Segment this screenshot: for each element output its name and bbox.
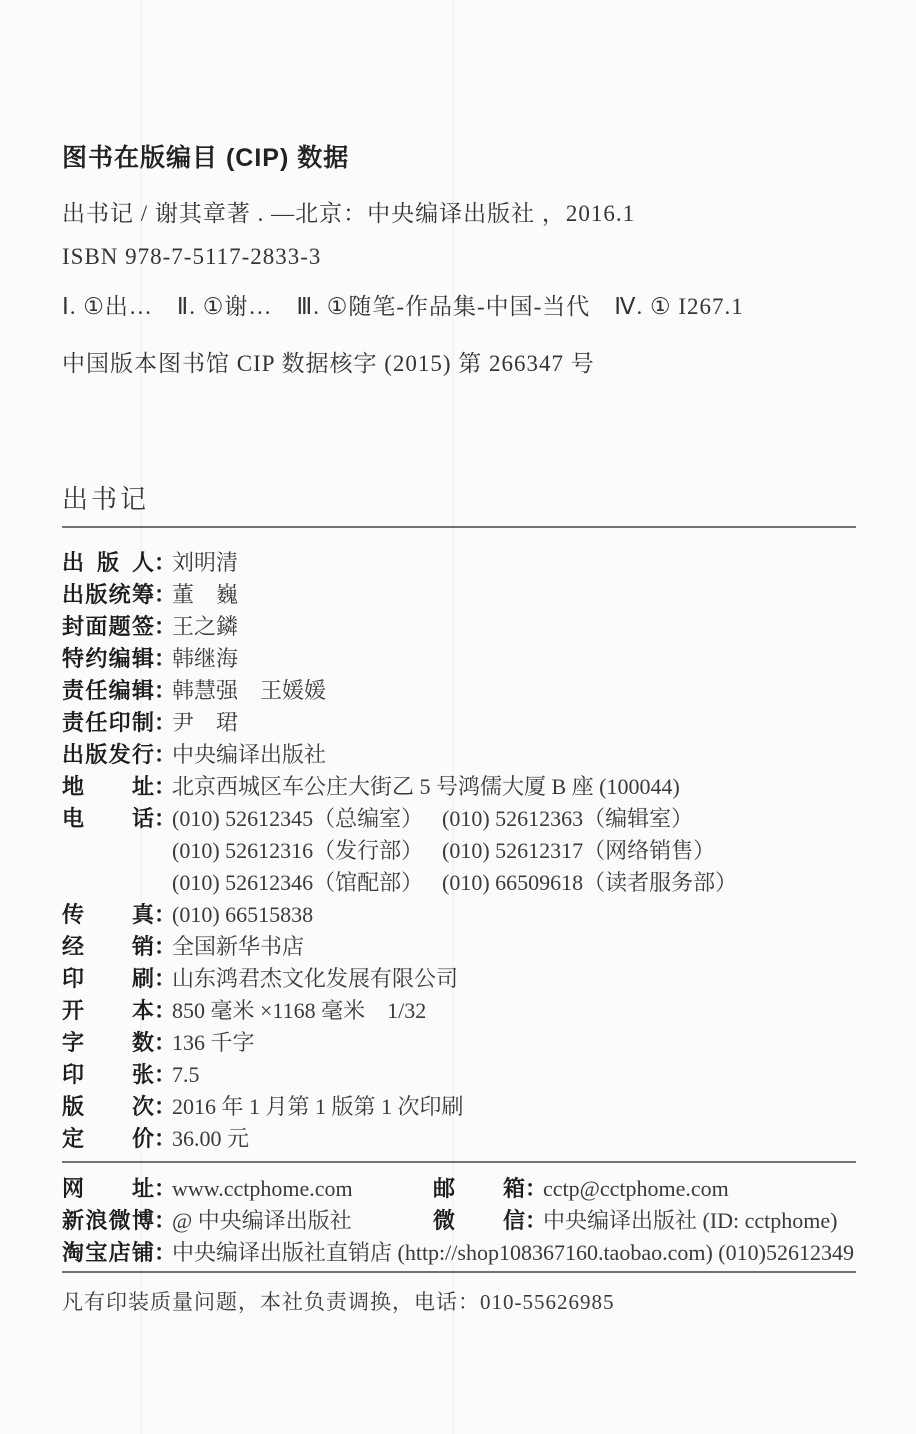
label-colon: ：: [154, 1091, 172, 1123]
field-label: 责任编辑: [62, 675, 154, 707]
wechat-value: 中央编译出版社 (ID: cctphome): [543, 1208, 838, 1233]
colophon-row-responsible-editor: 责任编辑：韩慧强 王媛媛: [62, 675, 856, 707]
colophon-row-distribution: 经销：全国新华书店: [62, 931, 856, 963]
field-label: 淘宝店铺: [62, 1237, 154, 1269]
label-colon: ：: [154, 1205, 172, 1237]
label-colon: ：: [154, 1173, 172, 1205]
field-value: 山东鸿君杰文化发展有限公司: [172, 966, 458, 991]
field-value: (010) 66515838: [172, 902, 313, 927]
field-label: 印刷: [62, 963, 154, 995]
cip-heading: 图书在版编目 (CIP) 数据: [62, 0, 856, 173]
field-value: 全国新华书店: [172, 934, 304, 959]
label-colon: ：: [154, 707, 172, 739]
field-value: (010) 52612346（馆配部）: [172, 867, 442, 899]
field-label: 出版统筹: [62, 579, 154, 611]
label-colon: ：: [154, 771, 172, 803]
label-colon: ：: [154, 1059, 172, 1091]
colophon-row-price: 定价：36.00 元: [62, 1123, 856, 1155]
field-label: 地址: [62, 771, 154, 803]
field-value: (010) 52612316（发行部）: [172, 835, 442, 867]
field-label: 字数: [62, 1027, 154, 1059]
colophon-row-phone: 电话：(010) 52612345（总编室）(010) 52612363（编辑室…: [62, 803, 856, 835]
field-value-2: (010) 66509618（读者服务部）: [442, 870, 737, 895]
colophon-row-contributing-editor: 特约编辑：韩继海: [62, 643, 856, 675]
label-colon: ：: [154, 1123, 172, 1155]
page-content: 图书在版编目 (CIP) 数据 出书记 / 谢其章著 . —北京：中央编译出版社…: [62, 0, 856, 1317]
colophon-row-address: 地址：北京西城区车公庄大街乙 5 号鸿儒大厦 B 座 (100044): [62, 771, 856, 803]
field-label: 传真: [62, 899, 154, 931]
title-divider: [62, 526, 856, 528]
field-value: 7.5: [172, 1062, 200, 1087]
field-label: 印张: [62, 1059, 154, 1091]
email-value: cctp@cctphome.com: [543, 1176, 729, 1201]
label-colon: ：: [154, 547, 172, 579]
field-value: 董 巍: [172, 582, 238, 607]
colophon-row-coordinator: 出版统筹：董 巍: [62, 579, 856, 611]
field-label: 邮箱: [433, 1173, 525, 1205]
field-label: 开本: [62, 995, 154, 1027]
colophon-row-edition: 版次：2016 年 1 月第 1 版第 1 次印刷: [62, 1091, 856, 1123]
field-value: (010) 52612345（总编室）: [172, 803, 442, 835]
field-value-2: (010) 52612317（网络销售）: [442, 838, 715, 863]
colophon-row-sheets: 印张：7.5: [62, 1059, 856, 1091]
colophon-row-phone-cont: (010) 52612346（馆配部）(010) 66509618（读者服务部）: [62, 867, 856, 899]
label-colon: ：: [154, 963, 172, 995]
label-colon: ：: [525, 1173, 543, 1205]
field-label: 经销: [62, 931, 154, 963]
cip-record-number-line: 中国版本图书馆 CIP 数据核字 (2015) 第 266347 号: [62, 349, 856, 379]
cip-classification-line: Ⅰ. ①出… Ⅱ. ①谢… Ⅲ. ①随笔-作品集-中国-当代 Ⅳ. ① I267…: [62, 292, 856, 322]
label-colon: ：: [154, 803, 172, 835]
section-divider: [62, 1271, 856, 1273]
field-value: 王之鏻: [172, 614, 238, 639]
contact-section: 网址：www.cctphome.com邮箱：cctp@cctphome.com …: [62, 1173, 856, 1269]
label-colon: ：: [154, 995, 172, 1027]
field-label: 特约编辑: [62, 643, 154, 675]
cip-record-line: 出书记 / 谢其章著 . —北京：中央编译出版社 ，2016.1: [62, 199, 856, 229]
website-value: www.cctphome.com: [172, 1173, 433, 1205]
quality-notice: 凡有印装质量问题，本社负责调换，电话：010-55626985: [62, 1287, 856, 1317]
field-value: 中央编译出版社: [172, 742, 326, 767]
colophon-row-publisher-person: 出版人：刘明清: [62, 547, 856, 579]
field-label: 版次: [62, 1091, 154, 1123]
contact-row-website-email: 网址：www.cctphome.com邮箱：cctp@cctphome.com: [62, 1173, 856, 1205]
label-colon: ：: [154, 899, 172, 931]
field-label: 定价: [62, 1123, 154, 1155]
field-label: 电话: [62, 803, 154, 835]
field-value: 36.00 元: [172, 1126, 249, 1151]
colophon-row-format: 开本：850 毫米 ×1168 毫米 1/32: [62, 995, 856, 1027]
contact-row-weibo-wechat: 新浪微博：@ 中央编译出版社微信：中央编译出版社 (ID: cctphome): [62, 1205, 856, 1237]
field-value-2: (010) 52612363（编辑室）: [442, 806, 693, 831]
field-value: 2016 年 1 月第 1 版第 1 次印刷: [172, 1094, 464, 1119]
taobao-value: 中央编译出版社直销店 (http://shop108367160.taobao.…: [172, 1240, 854, 1265]
weibo-value: @ 中央编译出版社: [172, 1205, 433, 1237]
colophon-row-printer: 印刷：山东鸿君杰文化发展有限公司: [62, 963, 856, 995]
label-colon: ：: [154, 931, 172, 963]
field-value: 韩慧强 王媛媛: [172, 678, 326, 703]
colophon-row-phone-cont: (010) 52612316（发行部）(010) 52612317（网络销售）: [62, 835, 856, 867]
field-label: 封面题签: [62, 611, 154, 643]
colophon-row-word-count: 字数：136 千字: [62, 1027, 856, 1059]
colophon-row-cover-inscription: 封面题签：王之鏻: [62, 611, 856, 643]
label-colon: ：: [154, 739, 172, 771]
label-colon: ：: [154, 1237, 172, 1269]
colophon-row-publisher: 出版发行：中央编译出版社: [62, 739, 856, 771]
label-colon: ：: [154, 611, 172, 643]
field-label: 网址: [62, 1173, 154, 1205]
contact-row-taobao: 淘宝店铺：中央编译出版社直销店 (http://shop108367160.ta…: [62, 1237, 856, 1269]
field-label: 出版人: [62, 547, 154, 579]
field-value: 136 千字: [172, 1030, 255, 1055]
field-value: 刘明清: [172, 550, 238, 575]
colophon-row-fax: 传真：(010) 66515838: [62, 899, 856, 931]
label-colon: ：: [154, 1027, 172, 1059]
field-value: 韩继海: [172, 646, 238, 671]
book-title: 出书记: [62, 484, 856, 516]
section-divider: [62, 1161, 856, 1163]
field-value: 尹 珺: [172, 710, 238, 735]
field-value: 北京西城区车公庄大街乙 5 号鸿儒大厦 B 座 (100044): [172, 774, 680, 799]
label-colon: ：: [154, 643, 172, 675]
field-label: 新浪微博: [62, 1205, 154, 1237]
field-value: 850 毫米 ×1168 毫米 1/32: [172, 998, 426, 1023]
field-label: 责任印制: [62, 707, 154, 739]
label-colon: ：: [154, 675, 172, 707]
isbn-line: ISBN 978-7-5117-2833-3: [62, 242, 856, 272]
field-label: 微信: [433, 1205, 525, 1237]
label-colon: ：: [154, 579, 172, 611]
copyright-page: 图书在版编目 (CIP) 数据 出书记 / 谢其章著 . —北京：中央编译出版社…: [0, 0, 916, 1434]
field-label: 出版发行: [62, 739, 154, 771]
label-colon: ：: [525, 1205, 543, 1237]
colophon-row-print-supervisor: 责任印制：尹 珺: [62, 707, 856, 739]
colophon: 出版人：刘明清 出版统筹：董 巍 封面题签：王之鏻 特约编辑：韩继海 责任编辑：…: [62, 547, 856, 1155]
